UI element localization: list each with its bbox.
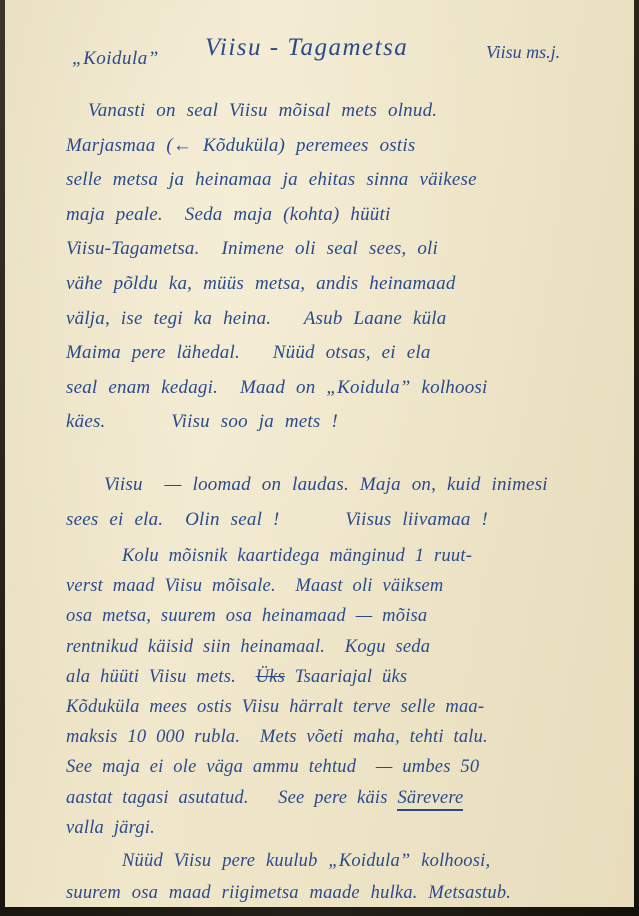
handwritten-line: Kolu mõisnik kaartidega mänginud 1 ruut- (66, 541, 611, 571)
handwritten-line: Maima pere lähedal. Nüüd otsas, ei ela (66, 336, 611, 371)
handwritten-line-with-strikethrough: ala hüüti Viisu mets. Üks Tsaariajal üks (66, 662, 611, 692)
handwritten-line: Nüüd Viisu pere kuulub „Koidula” kolhoos… (66, 845, 611, 877)
handwritten-line: maja peale. Seda maja (kohta) hüüti (66, 198, 611, 233)
handwritten-line: See maja ei ole väga ammu tehtud — umbes… (66, 752, 611, 782)
collective-farm-label: „Koidula” (72, 48, 159, 70)
handwritten-line: Vanasti on seal Viisu mõisal mets olnud. (66, 94, 611, 129)
handwritten-line: rentnikud käisid siin heinamaal. Kogu se… (66, 632, 611, 662)
header-note: Viisu ms.j. (486, 42, 560, 63)
line-segment: Tsaariajal üks (285, 667, 407, 687)
handwritten-line-with-underline: aastat tagasi asutatud. See pere käis Sä… (66, 783, 611, 813)
manuscript-page: „Koidula” Viisu - Tagametsa Viisu ms.j. … (0, 0, 639, 916)
handwritten-line: Viisu-Tagametsa. Inimene oli seal sees, … (66, 232, 611, 267)
struck-word: Üks (256, 667, 285, 687)
handwritten-line: suurem osa maad riigimetsa maade hulka. … (66, 877, 611, 909)
handwritten-line: osa metsa, suurem osa heinamaad — mõisa (66, 601, 611, 631)
handwritten-line: sees ei ela. Olin seal ! Viisus liivamaa… (66, 503, 611, 538)
page-title: Viisu - Tagametsa (205, 34, 408, 62)
paragraph-3: Kolu mõisnik kaartidega mänginud 1 ruut-… (66, 541, 611, 843)
line-segment: aastat tagasi asutatud. See pere käis (66, 788, 397, 808)
handwritten-line: Marjasmaa (← Kõduküla) peremees ostis (66, 129, 611, 164)
paragraph-1: Vanasti on seal Viisu mõisal mets olnud.… (66, 94, 611, 440)
underlined-place-name: Särevere (397, 788, 463, 811)
paragraph-2: Viisu — loomad on laudas. Maja on, kuid … (66, 468, 611, 537)
handwritten-line: maksis 10 000 rubla. Mets võeti maha, te… (66, 722, 611, 752)
handwritten-line: verst maad Viisu mõisale. Maast oli väik… (66, 571, 611, 601)
handwritten-line: selle metsa ja heinamaa ja ehitas sinna … (66, 163, 611, 198)
handwritten-line: seal enam kedagi. Maad on „Koidula” kolh… (66, 371, 611, 406)
photo-edge-left (0, 0, 5, 916)
handwritten-line: Kõduküla mees ostis Viisu härralt terve … (66, 692, 611, 722)
handwritten-line: käes. Viisu soo ja mets ! (66, 405, 611, 440)
line-segment: ala hüüti Viisu mets. (66, 667, 256, 687)
page-header: „Koidula” Viisu - Tagametsa Viisu ms.j. (0, 34, 639, 84)
handwritten-line: välja, ise tegi ka heina. Asub Laane kül… (66, 302, 611, 337)
handwritten-line: Viisu — loomad on laudas. Maja on, kuid … (66, 468, 611, 503)
handwritten-line: vähe põldu ka, müüs metsa, andis heinama… (66, 267, 611, 302)
paragraph-4: Nüüd Viisu pere kuulub „Koidula” kolhoos… (66, 845, 611, 909)
photo-edge-right (634, 0, 639, 916)
handwritten-line: valla järgi. (66, 813, 611, 843)
